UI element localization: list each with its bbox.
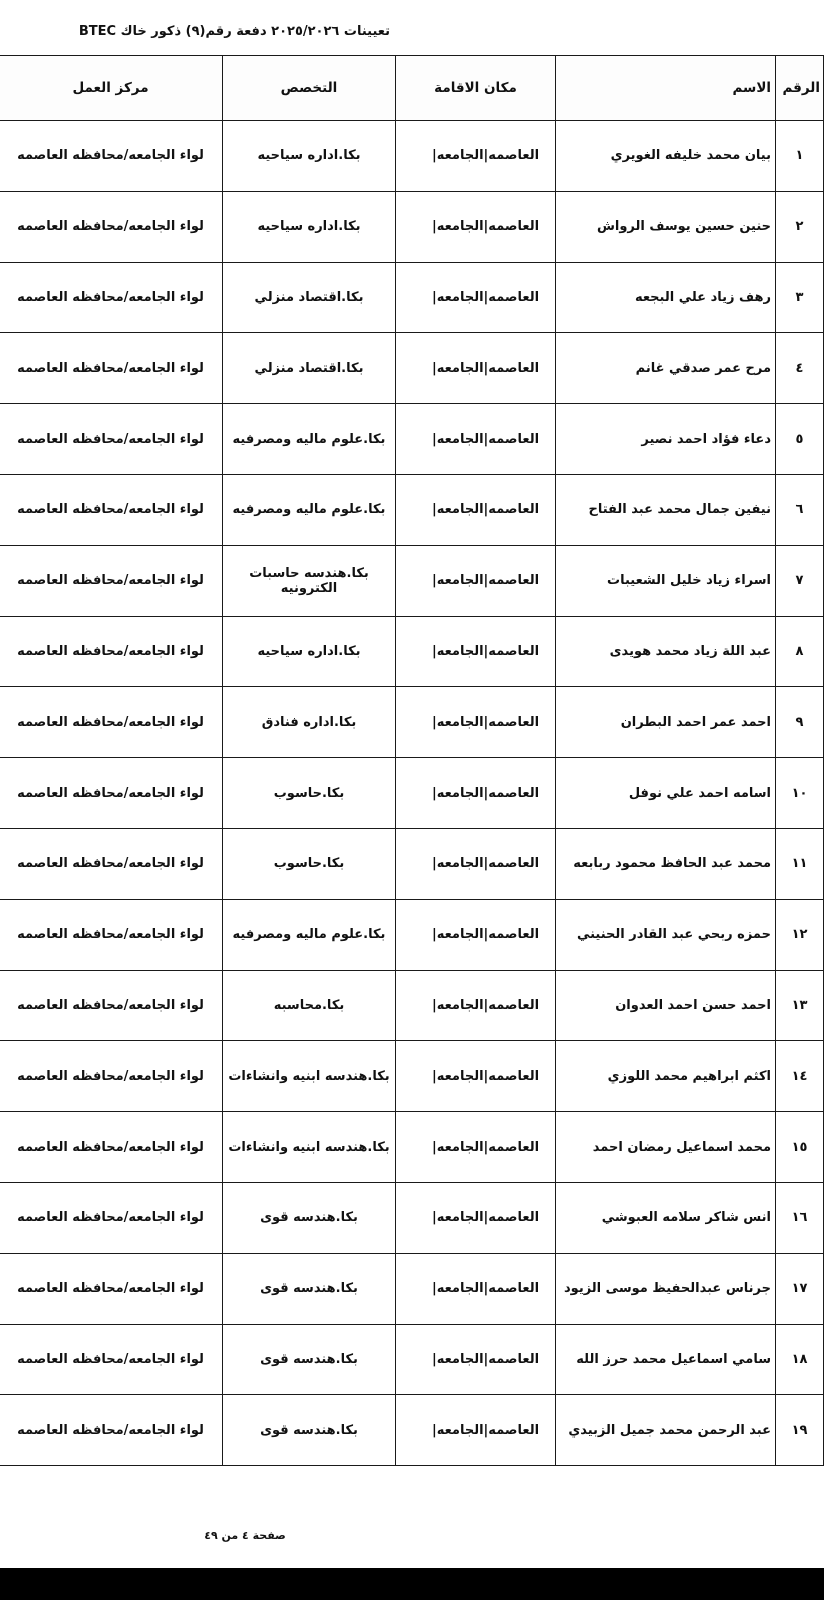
cell-work-center: لواء الجامعه/محافظه العاصمه <box>0 121 223 192</box>
cell-residence: العاصمه|الجامعه| <box>396 1253 556 1324</box>
cell-specialization: بكا.اداره سياحيه <box>223 616 396 687</box>
table-body: ١بيان محمد خليفه الغويريالعاصمه|الجامعه|… <box>0 121 824 1466</box>
cell-specialization: بكا.هندسه ابنيه وانشاءات <box>223 1112 396 1183</box>
cell-specialization: بكا.اداره سياحيه <box>223 191 396 262</box>
cell-residence: العاصمه|الجامعه| <box>396 687 556 758</box>
cell-work-center: لواء الجامعه/محافظه العاصمه <box>0 616 223 687</box>
table-row: ٤مرح عمر صدقي غانمالعاصمه|الجامعه|بكا.اق… <box>0 333 824 404</box>
cell-name: محمد اسماعيل رمضان احمد <box>556 1112 776 1183</box>
cell-work-center: لواء الجامعه/محافظه العاصمه <box>0 1324 223 1395</box>
cell-residence: العاصمه|الجامعه| <box>396 474 556 545</box>
table-row: ٩احمد عمر احمد البطرانالعاصمه|الجامعه|بك… <box>0 687 824 758</box>
cell-number: ١٨ <box>776 1324 824 1395</box>
table-row: ١٠اسامه احمد علي نوفلالعاصمه|الجامعه|بكا… <box>0 758 824 829</box>
cell-number: ٦ <box>776 474 824 545</box>
cell-residence: العاصمه|الجامعه| <box>396 1324 556 1395</box>
cell-residence: العاصمه|الجامعه| <box>396 616 556 687</box>
cell-work-center: لواء الجامعه/محافظه العاصمه <box>0 333 223 404</box>
cell-residence: العاصمه|الجامعه| <box>396 1041 556 1112</box>
cell-name: نيفين جمال محمد عبد الفتاح <box>556 474 776 545</box>
header-specialization: التخصص <box>223 56 396 121</box>
cell-name: اسامه احمد علي نوفل <box>556 758 776 829</box>
cell-work-center: لواء الجامعه/محافظه العاصمه <box>0 970 223 1041</box>
cell-residence: العاصمه|الجامعه| <box>396 191 556 262</box>
appointments-table-container: الرقم الاسم مكان الاقامة التخصص مركز الع… <box>0 55 823 1466</box>
cell-residence: العاصمه|الجامعه| <box>396 1112 556 1183</box>
cell-specialization: بكا.هندسه قوى <box>223 1182 396 1253</box>
cell-specialization: بكا.هندسه قوى <box>223 1324 396 1395</box>
cell-name: بيان محمد خليفه الغويري <box>556 121 776 192</box>
cell-name: انس شاكر سلامه العبوشي <box>556 1182 776 1253</box>
table-row: ١٨سامي اسماعيل محمد حرز اللهالعاصمه|الجا… <box>0 1324 824 1395</box>
cell-name: حمزه ربحي عبد القادر الحنيني <box>556 899 776 970</box>
table-row: ١٤اكثم ابراهيم محمد اللوزيالعاصمه|الجامع… <box>0 1041 824 1112</box>
page-number: صفحة ٤ من ٤٩ <box>200 1529 290 1542</box>
cell-name: مرح عمر صدقي غانم <box>556 333 776 404</box>
cell-name: حنين حسين يوسف الرواش <box>556 191 776 262</box>
cell-name: رهف زياد علي البجعه <box>556 262 776 333</box>
cell-name: احمد حسن احمد العدوان <box>556 970 776 1041</box>
table-row: ١٢حمزه ربحي عبد القادر الحنينيالعاصمه|ال… <box>0 899 824 970</box>
cell-number: ١ <box>776 121 824 192</box>
cell-number: ١٦ <box>776 1182 824 1253</box>
cell-work-center: لواء الجامعه/محافظه العاصمه <box>0 687 223 758</box>
table-row: ١٣احمد حسن احمد العدوانالعاصمه|الجامعه|ب… <box>0 970 824 1041</box>
cell-name: دعاء فؤاد احمد نصير <box>556 404 776 475</box>
table-row: ١٦انس شاكر سلامه العبوشيالعاصمه|الجامعه|… <box>0 1182 824 1253</box>
cell-residence: العاصمه|الجامعه| <box>396 899 556 970</box>
cell-residence: العاصمه|الجامعه| <box>396 404 556 475</box>
cell-residence: العاصمه|الجامعه| <box>396 758 556 829</box>
cell-number: ٣ <box>776 262 824 333</box>
table-row: ٨عبد اللة زياد محمد هويدىالعاصمه|الجامعه… <box>0 616 824 687</box>
cell-residence: العاصمه|الجامعه| <box>396 333 556 404</box>
cell-residence: العاصمه|الجامعه| <box>396 262 556 333</box>
cell-residence: العاصمه|الجامعه| <box>396 1182 556 1253</box>
table-row: ٧اسراء زياد خليل الشعيباتالعاصمه|الجامعه… <box>0 545 824 616</box>
header-residence: مكان الاقامة <box>396 56 556 121</box>
cell-number: ١٣ <box>776 970 824 1041</box>
table-row: ٦نيفين جمال محمد عبد الفتاحالعاصمه|الجام… <box>0 474 824 545</box>
cell-work-center: لواء الجامعه/محافظه العاصمه <box>0 1253 223 1324</box>
scan-edge-band <box>0 1568 824 1600</box>
cell-work-center: لواء الجامعه/محافظه العاصمه <box>0 1395 223 1466</box>
cell-residence: العاصمه|الجامعه| <box>396 545 556 616</box>
cell-name: اسراء زياد خليل الشعيبات <box>556 545 776 616</box>
cell-specialization: بكا.هندسه ابنيه وانشاءات <box>223 1041 396 1112</box>
cell-specialization: بكا.علوم ماليه ومصرفيه <box>223 404 396 475</box>
cell-name: اكثم ابراهيم محمد اللوزي <box>556 1041 776 1112</box>
table-row: ١٥محمد اسماعيل رمضان احمدالعاصمه|الجامعه… <box>0 1112 824 1183</box>
cell-residence: العاصمه|الجامعه| <box>396 828 556 899</box>
cell-number: ١٩ <box>776 1395 824 1466</box>
cell-specialization: بكا.هندسه قوى <box>223 1253 396 1324</box>
table-row: ٥دعاء فؤاد احمد نصيرالعاصمه|الجامعه|بكا.… <box>0 404 824 475</box>
cell-specialization: بكا.هندسه قوى <box>223 1395 396 1466</box>
cell-name: محمد عبد الحافظ محمود ربابعه <box>556 828 776 899</box>
cell-name: عبد اللة زياد محمد هويدى <box>556 616 776 687</box>
cell-specialization: بكا.اقتصاد منزلي <box>223 333 396 404</box>
table-row: ١بيان محمد خليفه الغويريالعاصمه|الجامعه|… <box>0 121 824 192</box>
cell-work-center: لواء الجامعه/محافظه العاصمه <box>0 899 223 970</box>
table-row: ١١محمد عبد الحافظ محمود ربابعهالعاصمه|ال… <box>0 828 824 899</box>
cell-number: ٥ <box>776 404 824 475</box>
cell-number: ١١ <box>776 828 824 899</box>
table-row: ١٩عبد الرحمن محمد جميل الزبيديالعاصمه|ال… <box>0 1395 824 1466</box>
cell-specialization: بكا.محاسبه <box>223 970 396 1041</box>
cell-number: ١٧ <box>776 1253 824 1324</box>
cell-name: احمد عمر احمد البطران <box>556 687 776 758</box>
cell-name: عبد الرحمن محمد جميل الزبيدي <box>556 1395 776 1466</box>
page-title: تعيينات ٢٠٢٥/٢٠٢٦ دفعة رقم(٩) ذكور خاك B… <box>150 24 390 39</box>
cell-specialization: بكا.علوم ماليه ومصرفيه <box>223 474 396 545</box>
cell-work-center: لواء الجامعه/محافظه العاصمه <box>0 404 223 475</box>
cell-number: ١٥ <box>776 1112 824 1183</box>
header-work-center: مركز العمل <box>0 56 223 121</box>
cell-specialization: بكا.اداره فنادق <box>223 687 396 758</box>
table-row: ٢حنين حسين يوسف الرواشالعاصمه|الجامعه|بك… <box>0 191 824 262</box>
cell-specialization: بكا.حاسوب <box>223 758 396 829</box>
cell-name: سامي اسماعيل محمد حرز الله <box>556 1324 776 1395</box>
cell-work-center: لواء الجامعه/محافظه العاصمه <box>0 828 223 899</box>
cell-work-center: لواء الجامعه/محافظه العاصمه <box>0 545 223 616</box>
cell-work-center: لواء الجامعه/محافظه العاصمه <box>0 758 223 829</box>
cell-number: ٢ <box>776 191 824 262</box>
table-row: ٣رهف زياد علي البجعهالعاصمه|الجامعه|بكا.… <box>0 262 824 333</box>
cell-specialization: بكا.حاسوب <box>223 828 396 899</box>
cell-residence: العاصمه|الجامعه| <box>396 970 556 1041</box>
cell-name: جرناس عبدالحفيظ موسى الزيود <box>556 1253 776 1324</box>
cell-work-center: لواء الجامعه/محافظه العاصمه <box>0 474 223 545</box>
cell-number: ٧ <box>776 545 824 616</box>
table-row: ١٧جرناس عبدالحفيظ موسى الزيودالعاصمه|الج… <box>0 1253 824 1324</box>
appointments-table: الرقم الاسم مكان الاقامة التخصص مركز الع… <box>0 55 824 1466</box>
cell-number: ٤ <box>776 333 824 404</box>
cell-specialization: بكا.هندسه حاسبات الكترونيه <box>223 545 396 616</box>
cell-specialization: بكا.اقتصاد منزلي <box>223 262 396 333</box>
cell-specialization: بكا.اداره سياحيه <box>223 121 396 192</box>
cell-number: ٩ <box>776 687 824 758</box>
cell-number: ٨ <box>776 616 824 687</box>
cell-number: ١٢ <box>776 899 824 970</box>
cell-specialization: بكا.علوم ماليه ومصرفيه <box>223 899 396 970</box>
header-name: الاسم <box>556 56 776 121</box>
cell-work-center: لواء الجامعه/محافظه العاصمه <box>0 1041 223 1112</box>
cell-number: ١٤ <box>776 1041 824 1112</box>
cell-work-center: لواء الجامعه/محافظه العاصمه <box>0 1112 223 1183</box>
cell-residence: العاصمه|الجامعه| <box>396 1395 556 1466</box>
cell-number: ١٠ <box>776 758 824 829</box>
cell-work-center: لواء الجامعه/محافظه العاصمه <box>0 191 223 262</box>
cell-residence: العاصمه|الجامعه| <box>396 121 556 192</box>
cell-work-center: لواء الجامعه/محافظه العاصمه <box>0 262 223 333</box>
table-header-row: الرقم الاسم مكان الاقامة التخصص مركز الع… <box>0 56 824 121</box>
cell-work-center: لواء الجامعه/محافظه العاصمه <box>0 1182 223 1253</box>
header-number: الرقم <box>776 56 824 121</box>
